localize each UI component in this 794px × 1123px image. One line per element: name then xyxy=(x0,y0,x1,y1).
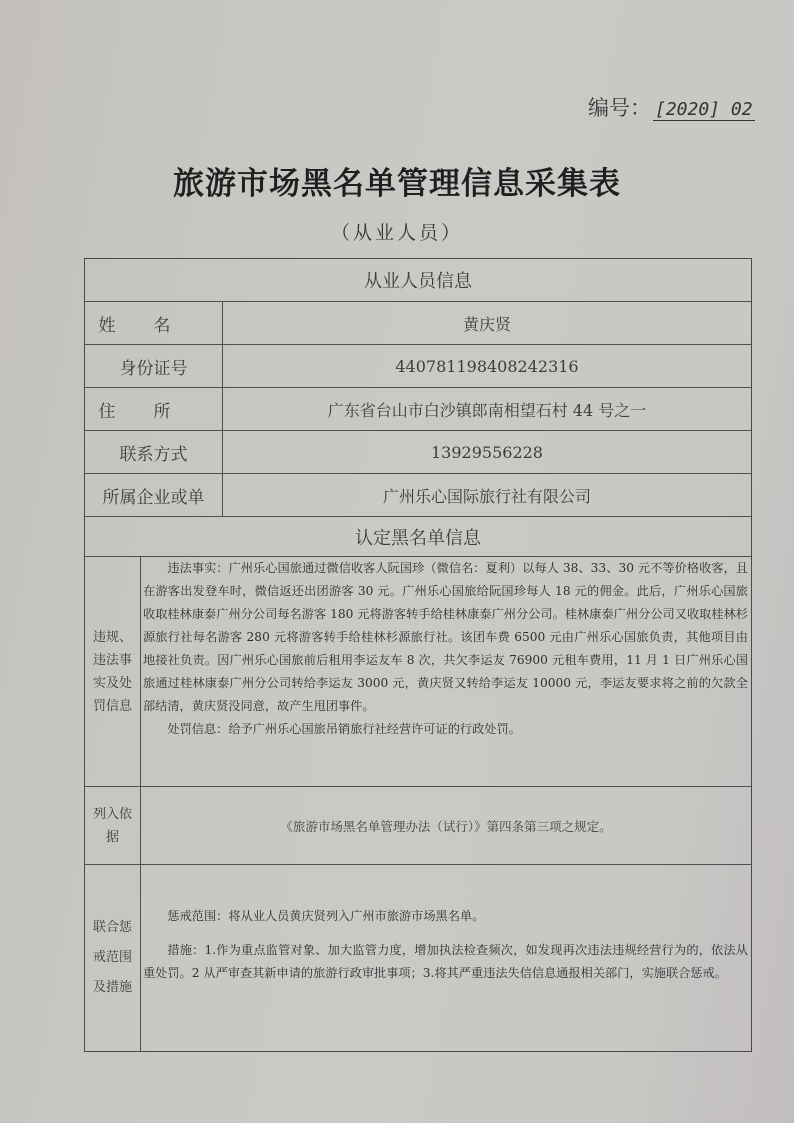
basis-label: 列入依据 xyxy=(85,787,141,864)
field-label-text: 住所 xyxy=(99,397,209,422)
page-title: 旅游市场黑名单管理信息采集表 xyxy=(0,158,794,203)
field-value-id-number: 440781198408242316 xyxy=(223,345,751,387)
penalty-text: 处罚信息：给予广州乐心国旅吊销旅行社经营许可证的行政处罚。 xyxy=(143,718,748,741)
violations-label: 违规、违法事实及处罚信息 xyxy=(85,557,141,786)
field-value-address: 广东省台山市白沙镇郎南相望石村 44 号之一 xyxy=(223,388,751,430)
measures-label: 联合惩戒范围及措施 xyxy=(85,865,141,1051)
field-label-contact: 联系方式 xyxy=(85,431,223,473)
field-value-employer: 广州乐心国际旅行社有限公司 xyxy=(223,474,751,516)
field-row-employer: 所属企业或单 广州乐心国际旅行社有限公司 xyxy=(85,474,751,517)
basis-text: 《旅游市场黑名单管理办法（试行）》第四条第三项之规定。 xyxy=(141,787,751,864)
measures-text: 措施：1.作为重点监管对象、加大监管力度，增加执法检查频次，如发现再次违法违规经… xyxy=(143,939,748,985)
field-label-name: 姓名 xyxy=(85,302,223,344)
basis-row: 列入依据 《旅游市场黑名单管理办法（试行）》第四条第三项之规定。 xyxy=(85,787,751,865)
violations-row: 违规、违法事实及处罚信息 违法事实：广州乐心国旅通过微信收客人阮国珍（微信名：夏… xyxy=(85,557,751,787)
document-number-value: [2020] 02 xyxy=(653,99,755,121)
field-row-id-number: 身份证号 440781198408242316 xyxy=(85,345,751,388)
violations-content: 违法事实：广州乐心国旅通过微信收客人阮国珍（微信名：夏利）以每人 38、33、3… xyxy=(141,557,751,786)
field-row-contact: 联系方式 13929556228 xyxy=(85,431,751,474)
section-heading-text: 从业人员信息 xyxy=(364,267,472,293)
field-label-id-number: 身份证号 xyxy=(85,345,223,387)
field-label-text: 姓名 xyxy=(99,311,209,336)
document-number-label: 编号： xyxy=(588,96,651,120)
field-label-address: 住所 xyxy=(85,388,223,430)
page-subtitle: （从业人员） xyxy=(0,218,794,245)
measures-row: 联合惩戒范围及措施 惩戒范围：将从业人员黄庆贤列入广州市旅游市场黑名单。 措施：… xyxy=(85,865,751,1051)
document-number: 编号：[2020] 02 xyxy=(588,92,755,122)
blacklist-section-heading: 认定黑名单信息 xyxy=(85,517,751,557)
field-row-name: 姓名 黄庆贤 xyxy=(85,302,751,345)
field-label-employer: 所属企业或单 xyxy=(85,474,223,516)
punishment-scope-text: 惩戒范围：将从业人员黄庆贤列入广州市旅游市场黑名单。 xyxy=(143,905,748,928)
personnel-section-heading: 从业人员信息 xyxy=(85,259,751,302)
field-row-address: 住所 广东省台山市白沙镇郎南相望石村 44 号之一 xyxy=(85,388,751,431)
field-value-name: 黄庆贤 xyxy=(223,302,751,344)
blacklist-form-table: 从业人员信息 姓名 黄庆贤 身份证号 440781198408242316 住所… xyxy=(84,258,752,1052)
measures-content: 惩戒范围：将从业人员黄庆贤列入广州市旅游市场黑名单。 措施：1.作为重点监管对象… xyxy=(141,865,751,1051)
field-value-contact: 13929556228 xyxy=(223,431,751,473)
section-heading-text: 认定黑名单信息 xyxy=(355,524,481,550)
violation-facts-text: 违法事实：广州乐心国旅通过微信收客人阮国珍（微信名：夏利）以每人 38、33、3… xyxy=(143,557,748,718)
